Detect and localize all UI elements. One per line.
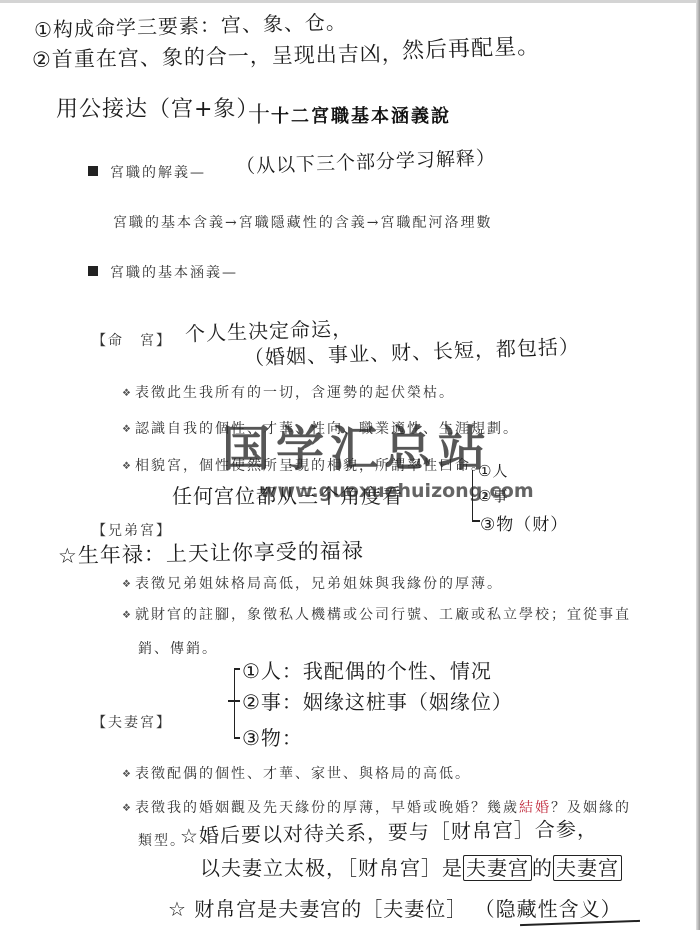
section-heading-text: 宮職的基本涵義— <box>110 265 238 281</box>
bracket-tick <box>234 668 240 670</box>
palace-item: ❖表徵此生我所有的一切，含運勢的起伏榮枯。 <box>122 382 455 402</box>
page-frame-top <box>0 0 700 3</box>
palace-item: ❖就財官的註腳，象徵私人機構或公司行號、工廠或私立學校；宜從事直 <box>122 604 631 624</box>
title-prefix: 十 <box>248 103 271 128</box>
handwritten-fuqi-list-item: ①人：我配偶的个性、情况 <box>242 655 492 684</box>
section-heading-definition: 宮職的解義— <box>88 162 206 182</box>
bracket-line <box>234 668 235 738</box>
palace-label-xiongdi: 【兄弟宮】 <box>92 520 172 540</box>
page-frame-right <box>696 0 700 930</box>
section-heading-text: 宮職的解義— <box>110 165 206 181</box>
watermark-url: www.guoxuehuizong.com <box>260 480 534 502</box>
handwritten-note-line3: 用公接达（宫+象） <box>56 92 259 123</box>
handwritten-definition-note: （从以下三个部分学习解释） <box>236 143 497 179</box>
black-square-bullet-icon <box>88 166 98 176</box>
bracket-tick <box>234 737 240 739</box>
handwritten-note-line1: ①构成命学三要素：宫、象、仓。 <box>34 6 348 43</box>
handwritten-fuqi-note1: ☆婚后要以对待关系，要与［财帛宫］合参， <box>180 813 598 849</box>
diamond-bullet-icon: ❖ <box>122 769 133 780</box>
palace-label-ming: 【命 宮】 <box>92 330 172 350</box>
palace-label-fuqi: 【夫妻宮】 <box>92 712 172 732</box>
palace-item-continuation: 類型。 <box>138 830 186 850</box>
palace-item-continuation: 銷、傳銷。 <box>138 638 218 658</box>
handwritten-fuqi-note2: 以夫妻立太极，［财帛宫］是夫妻宫的夫妻宫 <box>200 852 622 881</box>
diamond-bullet-icon: ❖ <box>122 424 133 435</box>
handwritten-note-line2b: 然后再配星。 <box>401 29 540 65</box>
handwritten-fuqi-list-item: ③物： <box>242 722 303 751</box>
diamond-bullet-icon: ❖ <box>122 388 133 399</box>
document-title: 十十二宮職基本涵義說 <box>248 98 451 129</box>
bracket-tick <box>472 520 480 522</box>
diamond-bullet-icon: ❖ <box>122 579 133 590</box>
title-text: 十二宮職基本涵義說 <box>271 106 451 127</box>
palace-item: ❖表徵配偶的個性、才華、家世、與格局的高低。 <box>122 763 471 783</box>
boxed-term: 夫妻宫 <box>553 855 622 881</box>
handwritten-note-line2a: ②首重在宫、象的合一，呈现出吉凶， <box>32 38 404 74</box>
handwritten-fuqi-list-item: ②事：姻缘这桩事（姻缘位） <box>242 686 513 715</box>
handwritten-xiongdi-note: ☆生年禄：上天让你享受的福禄 <box>58 535 364 570</box>
definition-flow: 宮職的基本含義→宮職隱藏性的含義→宮職配河洛理數 <box>113 212 492 232</box>
diamond-bullet-icon: ❖ <box>122 803 133 814</box>
palace-item: ❖表徵兄弟姐妹格局高低，兄弟姐妹與我緣份的厚薄。 <box>122 573 503 593</box>
black-square-bullet-icon <box>88 266 98 276</box>
handwritten-fuqi-note3: ☆ 财帛宫是夫妻宫的［夫妻位］ （隐藏性含义） <box>168 893 622 922</box>
section-heading-basic: 宮職的基本涵義— <box>88 262 238 282</box>
watermark-text: 国学汇总站 <box>222 410 492 479</box>
diamond-bullet-icon: ❖ <box>122 610 133 621</box>
diamond-bullet-icon: ❖ <box>122 461 133 472</box>
bracket-tick <box>228 700 240 702</box>
handwritten-ming-list-item: ③物（财） <box>480 510 568 535</box>
boxed-term: 夫妻宫 <box>463 855 532 881</box>
